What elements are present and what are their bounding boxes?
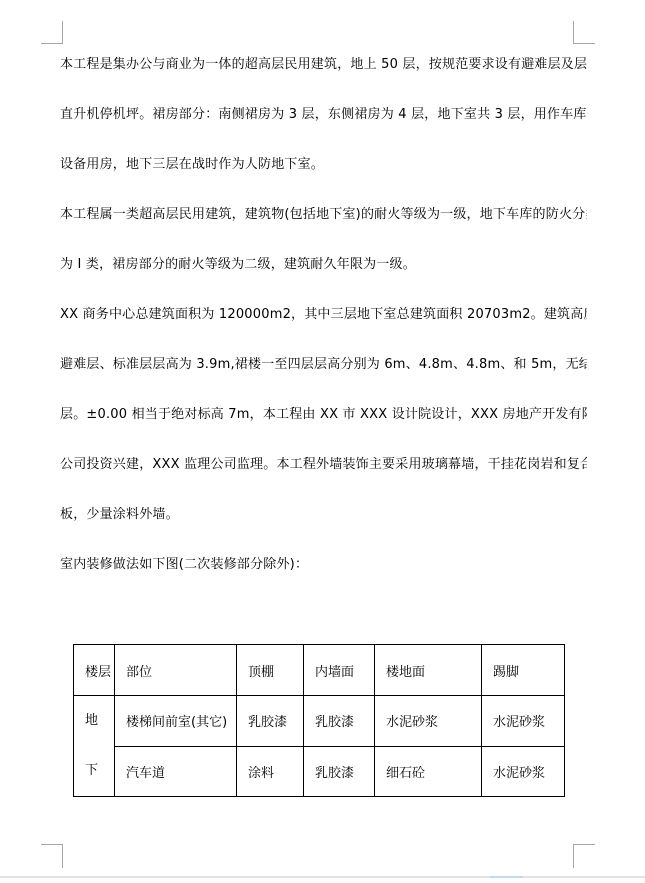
table-cell: 水泥砂浆 <box>482 696 565 747</box>
table-cell: 涂料 <box>237 746 304 797</box>
paragraph-line: 设备用房，地下三层在战时作为人防地下室。 <box>60 140 587 190</box>
crop-mark-bottom-left-icon <box>41 844 63 868</box>
paragraph-line: 层。±0.00 相当于绝对标高 7m，本工程由 XX 市 XXX 设计院设计，X… <box>60 390 587 440</box>
paragraph-line: 板，少量涂料外墙。 <box>60 490 587 540</box>
col-header-ceiling: 顶棚 <box>237 645 304 696</box>
page-bottom-area <box>0 878 645 883</box>
document-body: 本工程是集办公与商业为一体的超高层民用建筑，地上 50 层，按规范要求设有避难层… <box>60 40 587 590</box>
table-header-row: 楼层 部位 顶棚 内墙面 楼地面 踢脚 <box>74 645 565 696</box>
finishing-table: 楼层 部位 顶棚 内墙面 楼地面 踢脚 地下 楼梯间前室(其它) 乳胶漆 乳胶漆… <box>73 644 565 797</box>
table-cell: 水泥砂浆 <box>482 746 565 797</box>
table-cell: 楼梯间前室(其它) <box>115 696 237 747</box>
paragraph-line: 室内装修做法如下图(二次装修部分除外)： <box>60 540 587 590</box>
table-row: 地下 楼梯间前室(其它) 乳胶漆 乳胶漆 水泥砂浆 水泥砂浆 <box>74 696 565 747</box>
paragraph-line: 本工程是集办公与商业为一体的超高层民用建筑，地上 50 层，按规范要求设有避难层… <box>60 40 587 90</box>
table-cell-floor-group: 地下 <box>74 696 115 797</box>
paragraph-line: XX 商务中心总建筑面积为 120000m2，其中三层地下室总建筑面积 2070… <box>60 290 587 340</box>
paragraph-line: 公司投资兴建，XXX 监理公司监理。本工程外墙装饰主要采用玻璃幕墙，干挂花岗岩和… <box>60 440 587 490</box>
col-header-floor-surface: 楼地面 <box>375 645 482 696</box>
col-header-interior-wall: 内墙面 <box>304 645 375 696</box>
table-cell: 水泥砂浆 <box>375 696 482 747</box>
table-cell: 汽车道 <box>115 746 237 797</box>
paragraph-line: 本工程属一类超高层民用建筑，建筑物(包括地下室)的耐火等级为一级，地下车库的防火… <box>60 190 587 240</box>
paragraph-line: 避难层、标准层层高为 3.9m,裙楼一至四层层高分别为 6m、4.8m、4.8m… <box>60 340 587 390</box>
table-cell: 乳胶漆 <box>237 696 304 747</box>
col-header-floor: 楼层 <box>74 645 115 696</box>
crop-mark-bottom-right-icon <box>573 844 595 868</box>
paragraph-line: 直升机停机坪。裙房部分：南侧裙房为 3 层，东侧裙房为 4 层，地下室共 3 层… <box>60 90 587 140</box>
table-cell: 细石砼 <box>375 746 482 797</box>
col-header-skirting: 踢脚 <box>482 645 565 696</box>
table-cell-floor-label: 地下 <box>85 696 100 796</box>
table-row: 汽车道 涂料 乳胶漆 细石砼 水泥砂浆 <box>74 746 565 797</box>
col-header-location: 部位 <box>115 645 237 696</box>
paragraph-line: 为 I 类，裙房部分的耐火等级为二级，建筑耐久年限为一级。 <box>60 240 587 290</box>
table-cell: 乳胶漆 <box>304 696 375 747</box>
table-cell: 乳胶漆 <box>304 746 375 797</box>
